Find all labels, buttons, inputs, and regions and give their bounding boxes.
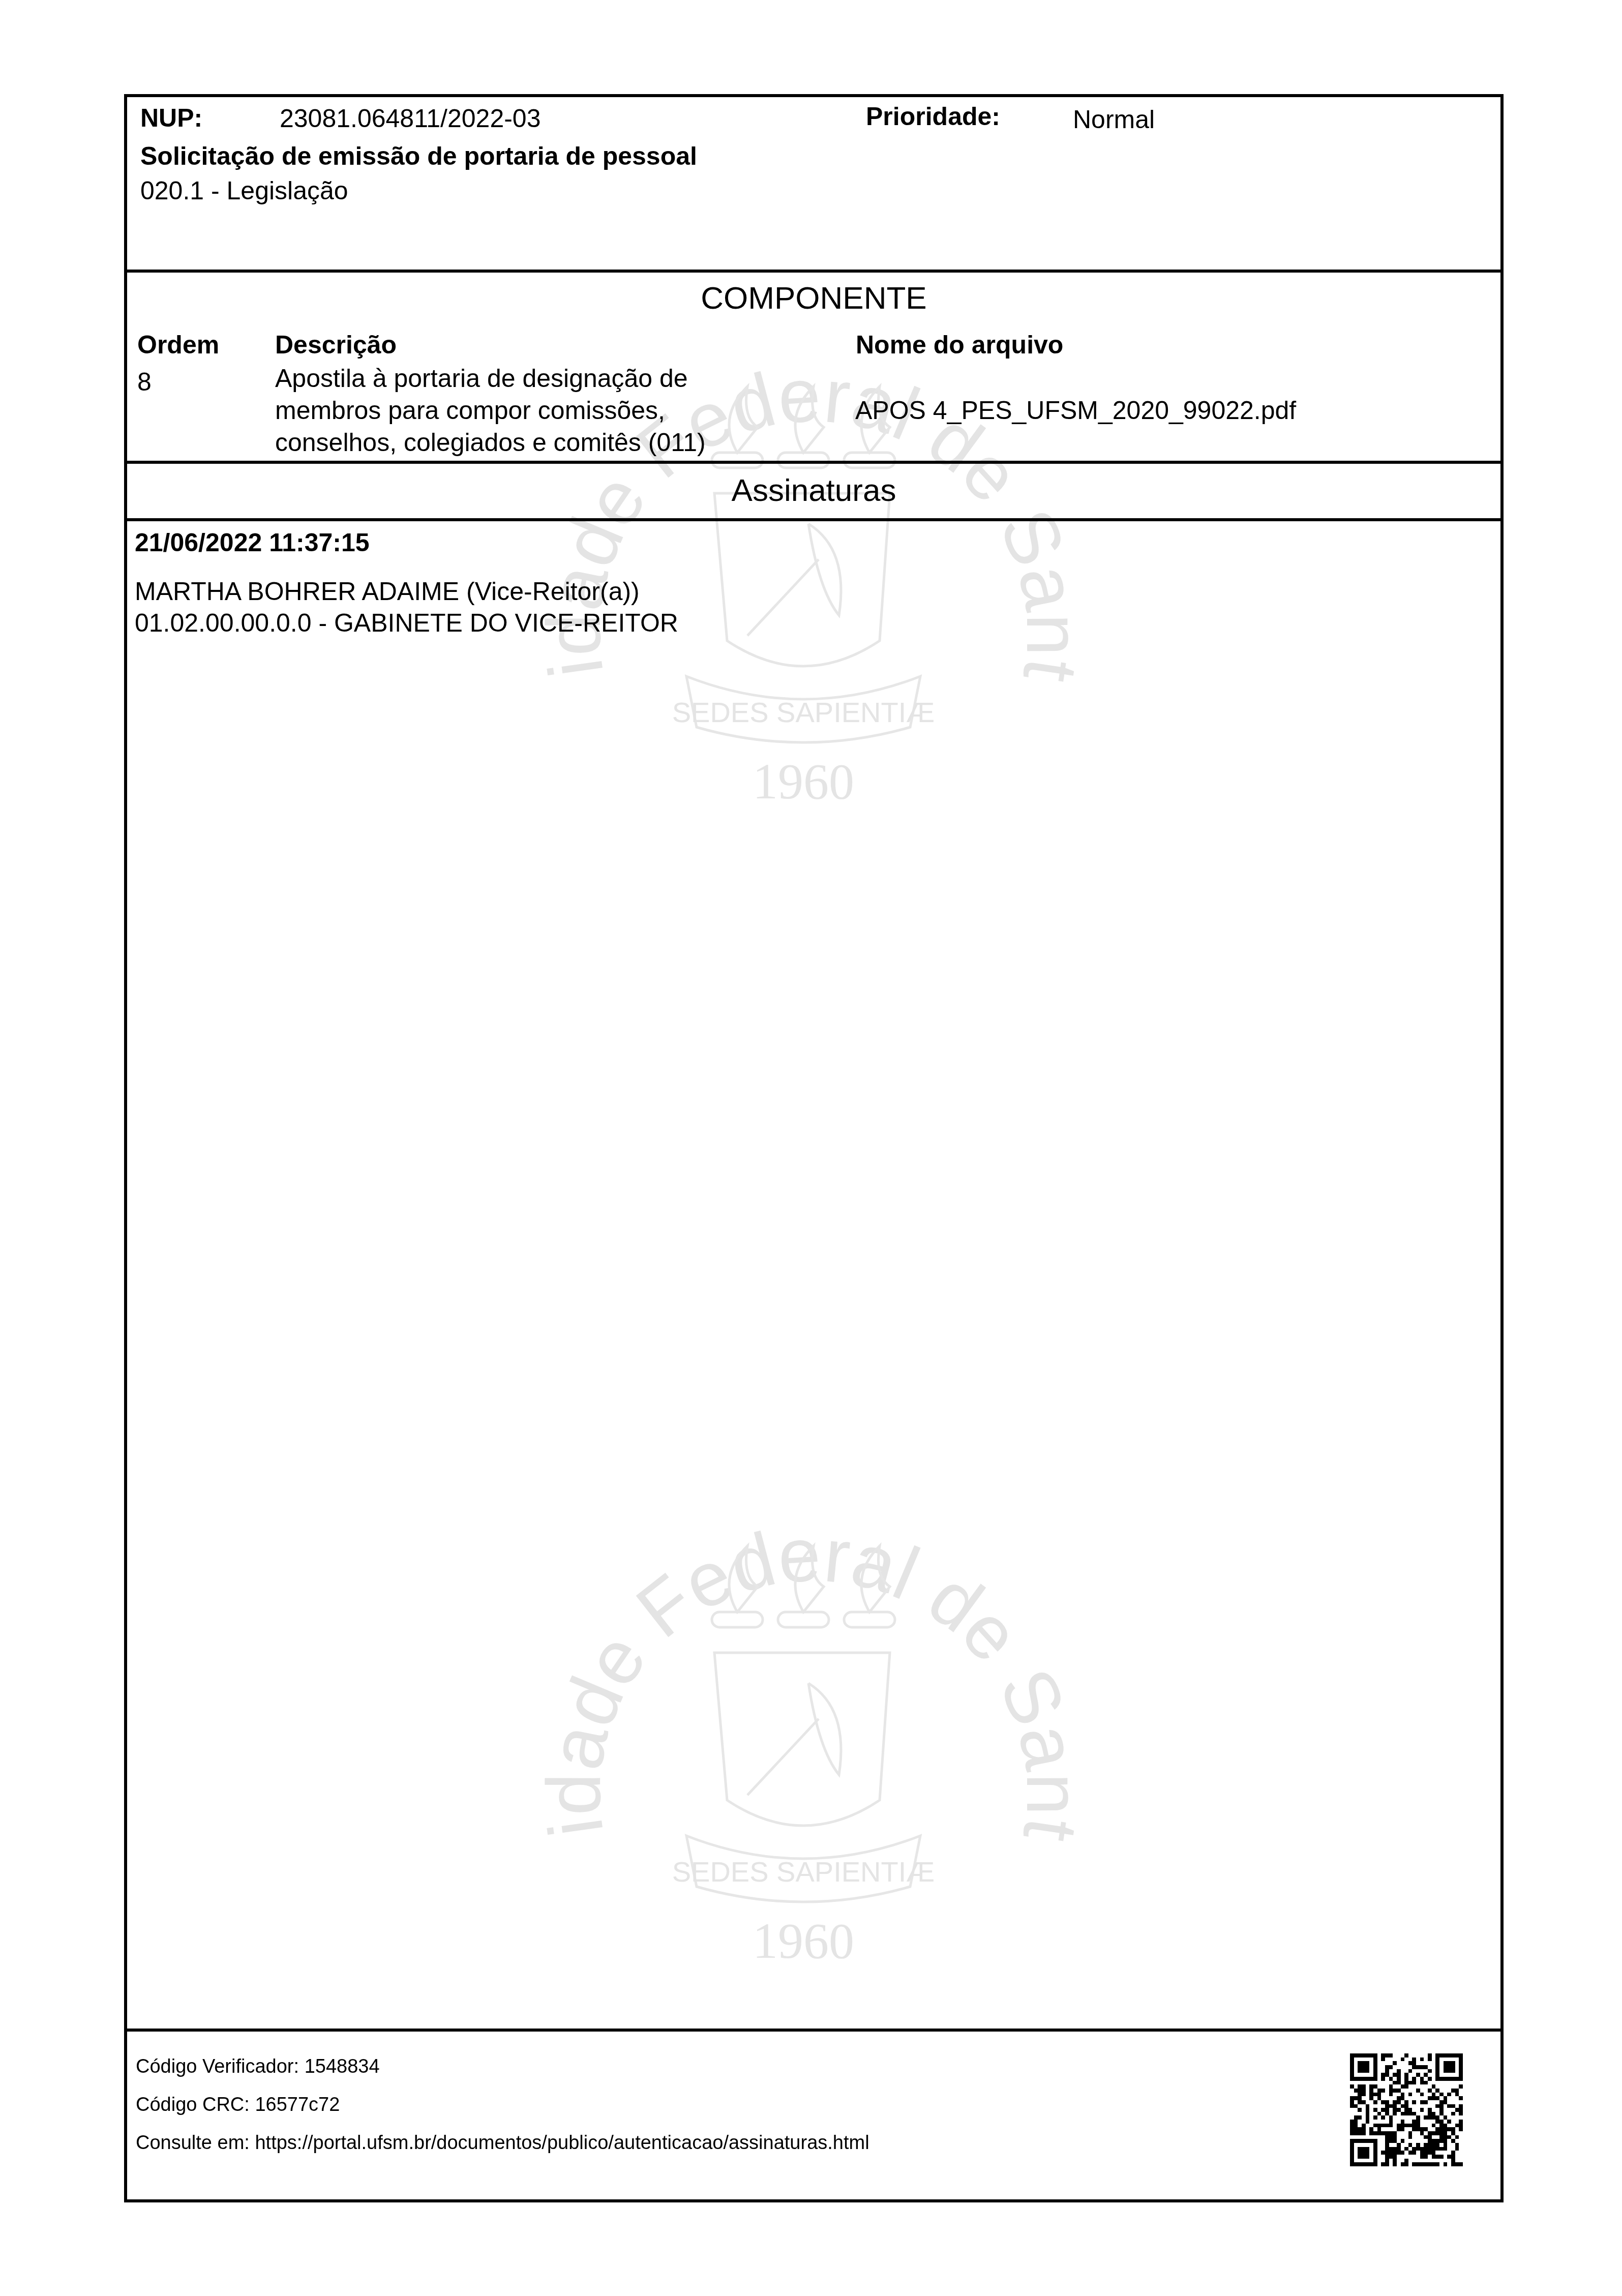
signature-unit: 01.02.00.00.0.0 - GABINETE DO VICE-REITO…: [135, 610, 678, 636]
row-description-line-2: membros para compor comissões,: [275, 398, 665, 423]
column-header-order: Ordem: [137, 332, 219, 357]
column-header-description: Descrição: [275, 332, 397, 357]
divider-component: [124, 461, 1504, 464]
document-subject: Solicitação de emissão de portaria de pe…: [140, 143, 697, 169]
divider-footer: [124, 2029, 1504, 2032]
nup-value: 23081.064811/2022-03: [280, 106, 540, 131]
signature-timestamp: 21/06/2022 11:37:15: [135, 530, 370, 555]
row-description-line-1: Apostila à portaria de designação de: [275, 366, 688, 391]
divider-header: [124, 270, 1504, 273]
row-file-name[interactable]: APOS 4_PES_UFSM_2020_99022.pdf: [855, 398, 1296, 423]
column-header-file-name: Nome do arquivo: [856, 332, 1063, 357]
row-order: 8: [137, 369, 152, 395]
qr-code-icon: [1350, 2053, 1463, 2166]
signatures-title: Assinaturas: [124, 475, 1504, 506]
divider-signatures: [124, 518, 1504, 521]
nup-label: NUP:: [140, 105, 202, 131]
consult-link[interactable]: Consulte em: https://portal.ufsm.br/docu…: [136, 2133, 869, 2153]
crc-code: Código CRC: 16577c72: [136, 2095, 340, 2114]
priority-value: Normal: [1073, 107, 1155, 132]
document-classification: 020.1 - Legislação: [140, 178, 348, 203]
component-title: COMPONENTE: [124, 283, 1504, 314]
signature-signer: MARTHA BOHRER ADAIME (Vice-Reitor(a)): [135, 579, 640, 604]
row-description-line-3: conselhos, colegiados e comitês (011): [275, 430, 706, 455]
priority-label: Prioridade:: [866, 104, 1000, 129]
verifier-code: Código Verificador: 1548834: [136, 2057, 380, 2076]
